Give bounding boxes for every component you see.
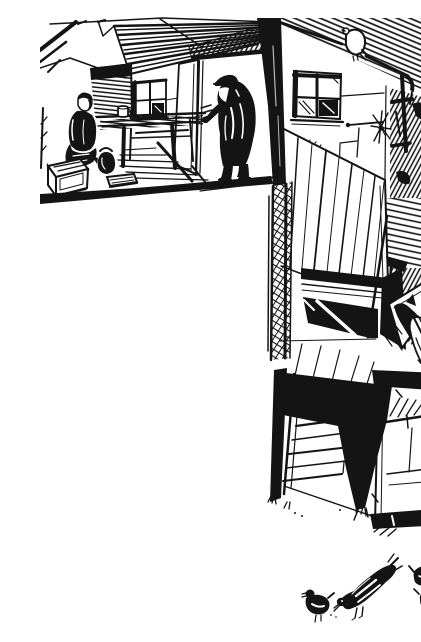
interior-room	[40, 18, 276, 204]
man-figure	[202, 75, 256, 183]
hen	[330, 554, 402, 620]
woman-figure	[65, 93, 97, 171]
chick-lower-right	[414, 589, 421, 615]
mug	[118, 106, 131, 117]
fence	[370, 392, 421, 536]
gable-window	[291, 71, 343, 126]
twig-star	[371, 111, 391, 143]
yard-birds	[302, 554, 421, 622]
illustration-plate	[40, 16, 421, 626]
ink-drawing	[40, 16, 421, 626]
corner-post	[257, 18, 292, 360]
floor-box	[107, 174, 137, 187]
crate	[48, 159, 88, 197]
chick-left	[302, 590, 334, 623]
